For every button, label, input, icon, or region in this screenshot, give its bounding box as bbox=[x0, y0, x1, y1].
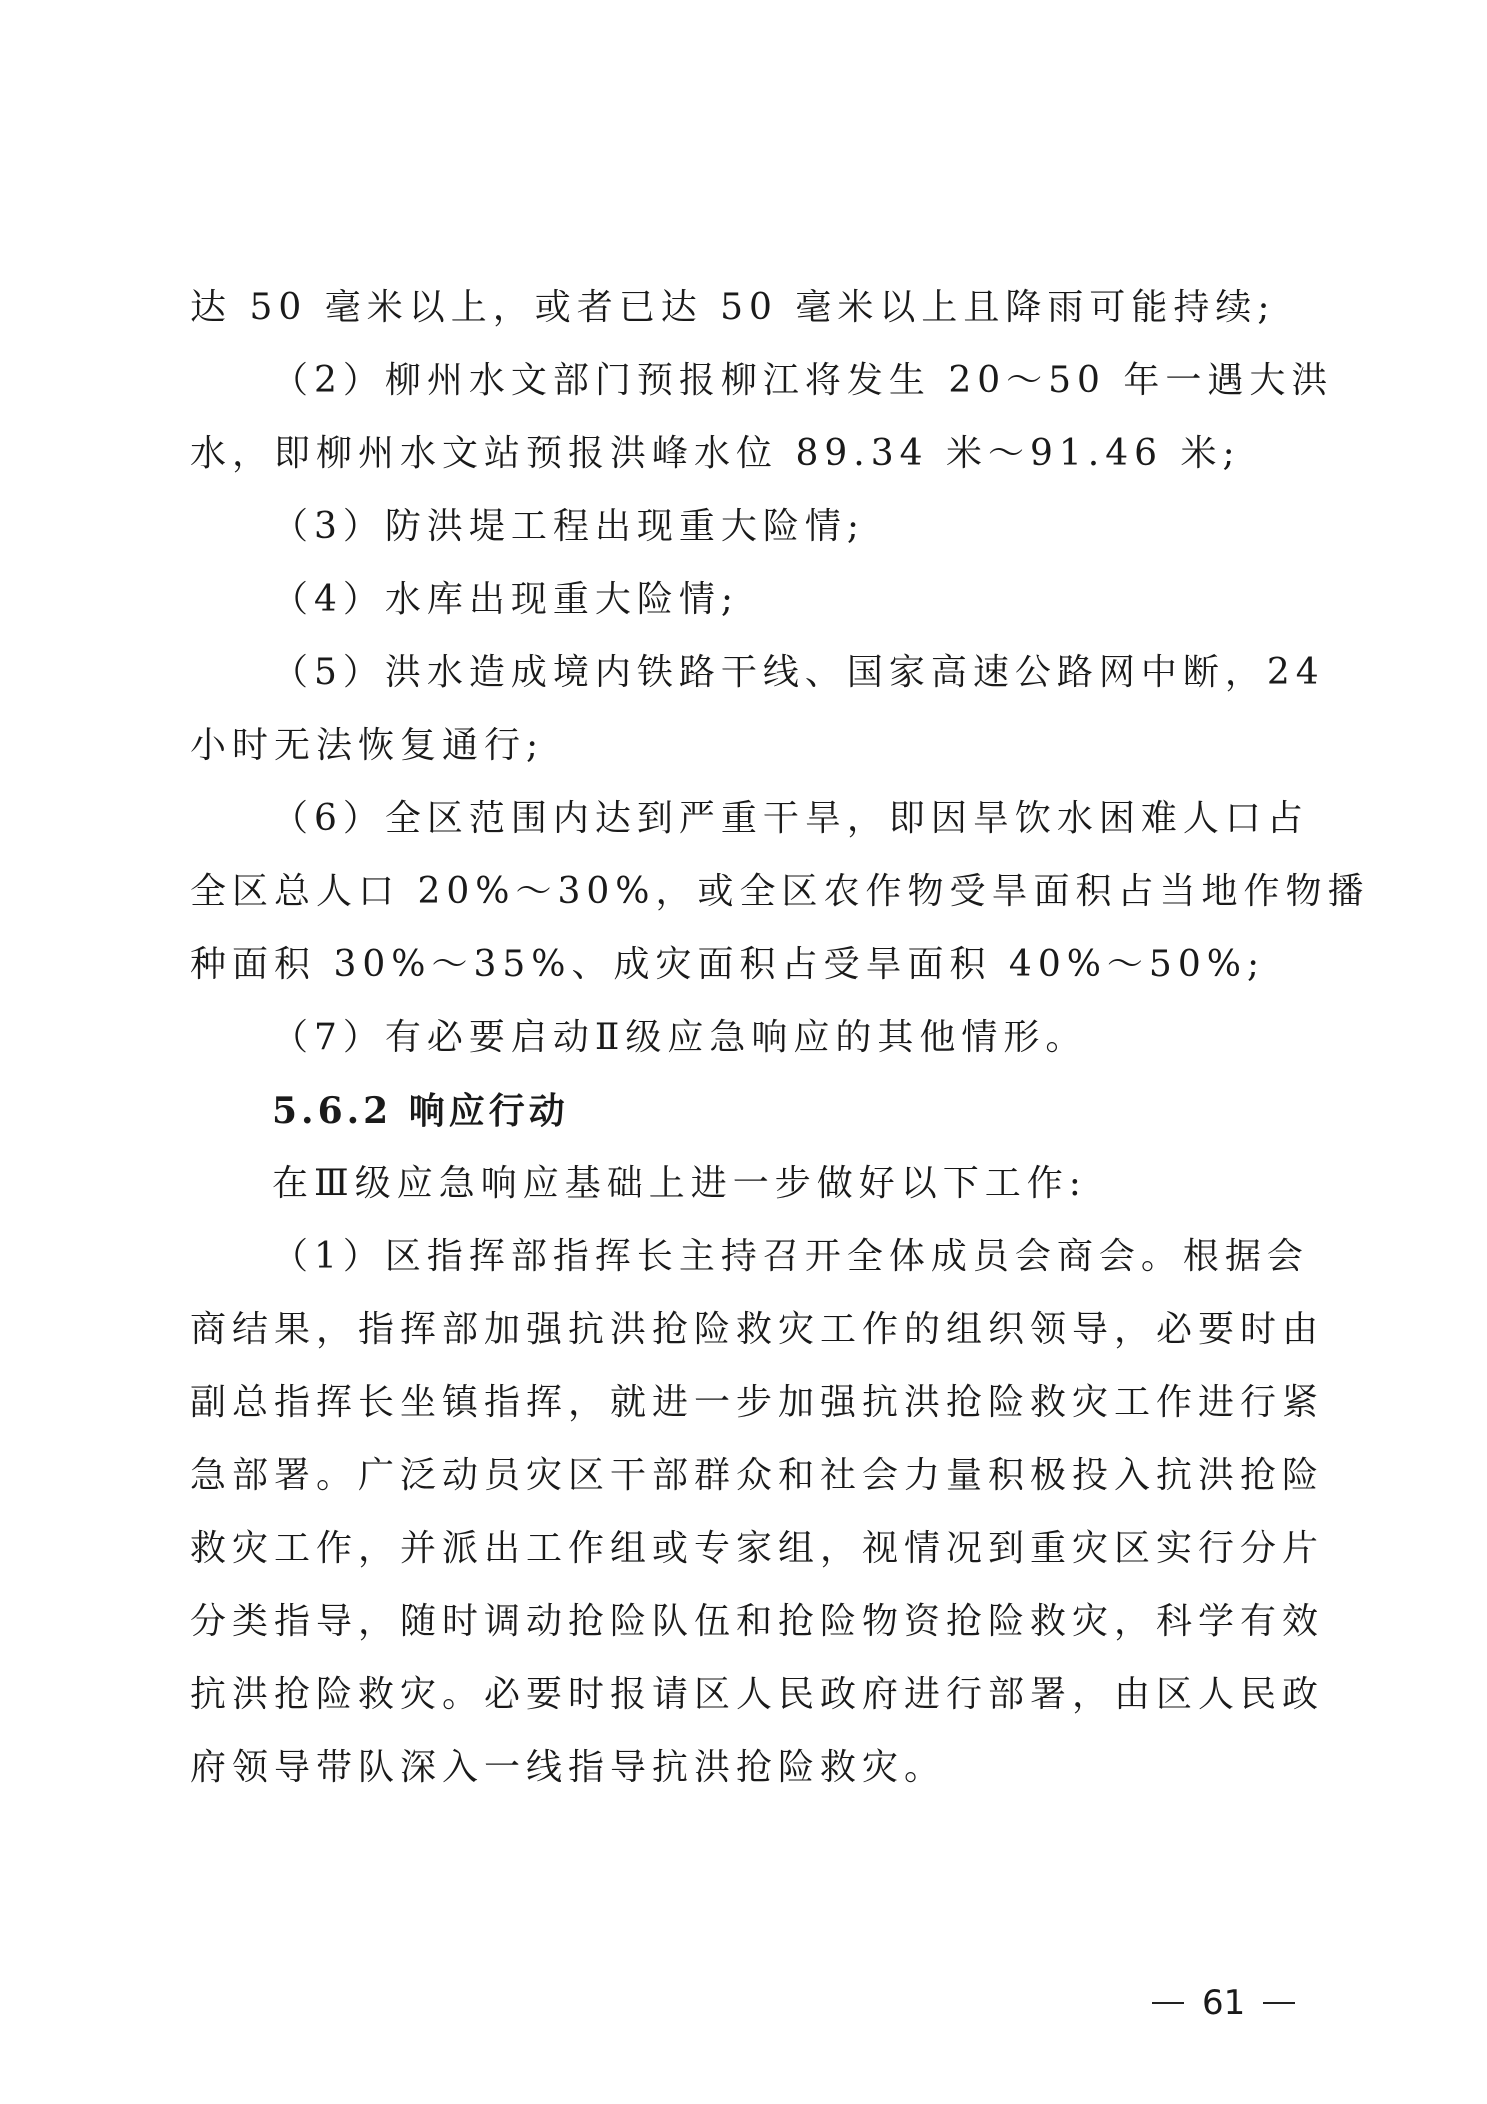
text-line: 副总指挥长坐镇指挥，就进一步加强抗洪抢险救灾工作进行紧 bbox=[190, 1383, 1324, 1423]
text-line: 分类指导，随时调动抢险队伍和抢险物资抢险救灾，科学有效 bbox=[190, 1602, 1324, 1642]
text-line: 救灾工作，并派出工作组或专家组，视情况到重灾区实行分片 bbox=[190, 1529, 1324, 1569]
text-line: 种面积 30%～35%、成灾面积占受旱面积 40%～50%; bbox=[190, 945, 1265, 985]
dash-decoration bbox=[1152, 2002, 1184, 2004]
text-line: 全区总人口 20%～30%，或全区农作物受旱面积占当地作物播 bbox=[190, 872, 1369, 912]
dash-decoration bbox=[1263, 2002, 1295, 2004]
page-number: 61 bbox=[1152, 1983, 1295, 2023]
list-item-4: （4）水库出现重大险情; bbox=[272, 580, 739, 620]
page-number-value: 61 bbox=[1202, 1983, 1245, 2023]
paragraph-intro: 在Ⅲ级应急响应基础上进一步做好以下工作: bbox=[272, 1164, 1087, 1204]
list-item-1: （1）区指挥部指挥长主持召开全体成员会商会。根据会 bbox=[272, 1237, 1309, 1277]
text-line: 府领导带队深入一线指导抗洪抢险救灾。 bbox=[190, 1748, 946, 1788]
text-line: 达 50 毫米以上，或者已达 50 毫米以上且降雨可能持续; bbox=[190, 288, 1276, 328]
text-line: 急部署。广泛动员灾区干部群众和社会力量积极投入抗洪抢险 bbox=[190, 1456, 1324, 1496]
list-item-3: （3）防洪堤工程出现重大险情; bbox=[272, 507, 865, 547]
text-line: 水，即柳州水文站预报洪峰水位 89.34 米～91.46 米; bbox=[190, 434, 1241, 474]
text-line: 小时无法恢复通行; bbox=[190, 726, 544, 766]
document-page: 达 50 毫米以上，或者已达 50 毫米以上且降雨可能持续; （2）柳州水文部门… bbox=[0, 0, 1487, 2104]
list-item-2: （2）柳州水文部门预报柳江将发生 20～50 年一遇大洪 bbox=[272, 361, 1333, 401]
list-item-6: （6）全区范围内达到严重干旱，即因旱饮水困难人口占 bbox=[272, 799, 1309, 839]
list-item-5: （5）洪水造成境内铁路干线、国家高速公路网中断，24 bbox=[272, 653, 1325, 693]
section-heading: 5.6.2 响应行动 bbox=[272, 1091, 569, 1131]
text-line: 抗洪抢险救灾。必要时报请区人民政府进行部署，由区人民政 bbox=[190, 1675, 1324, 1715]
list-item-7: （7）有必要启动Ⅱ级应急响应的其他情形。 bbox=[272, 1018, 1087, 1058]
text-line: 商结果，指挥部加强抗洪抢险救灾工作的组织领导，必要时由 bbox=[190, 1310, 1324, 1350]
